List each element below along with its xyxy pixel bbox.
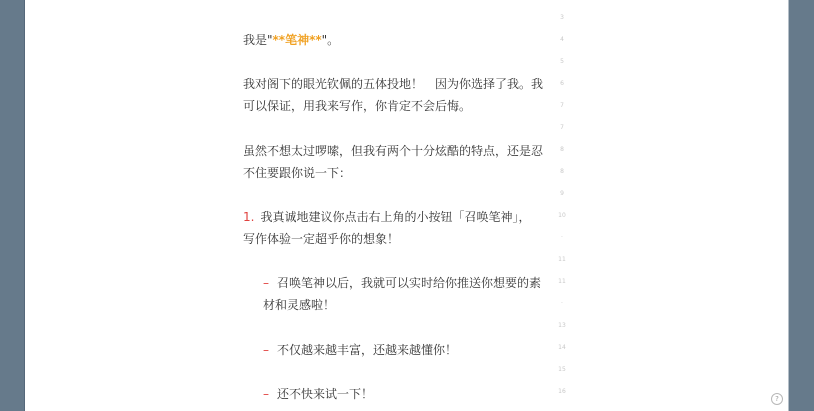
paragraph-line: 不住要跟你说一下： (243, 162, 351, 184)
line-number: 7 (551, 102, 573, 109)
line-number: 8 (551, 146, 573, 153)
line-number: 15 (551, 366, 573, 373)
dash-bullet-icon: – (263, 343, 269, 357)
line-number: · (551, 300, 573, 307)
list-number-marker: 1. (243, 210, 254, 224)
line-number: 8 (551, 168, 573, 175)
editor-area[interactable]: 我是"**笔神**"。 我对阁下的眼光钦佩的五体投地！ 因为你选择了我。我 可以… (25, 0, 788, 411)
list-item-text: 还不快来试一下！ (277, 387, 373, 401)
line-number: 16 (551, 388, 573, 395)
line-number-gutter: 3 4 5 6 7 7 8 8 9 10 · 11 11 · 13 14 15 … (551, 0, 573, 411)
left-sidebar (0, 0, 25, 411)
list-item-continuation: 材和灵感啦！ (263, 294, 335, 316)
line-number: 6 (551, 80, 573, 87)
intro-suffix: "。 (322, 33, 340, 47)
line-number: 5 (551, 58, 573, 65)
list-item-text: 我真诚地建议你点击右上角的小按钮「召唤笔神」， (260, 210, 530, 224)
paragraph-line: 可以保证，用我来写作，你肯定不会后悔。 (243, 95, 471, 117)
intro-prefix: 我是" (243, 33, 273, 47)
list-item-continuation: 写作体验一定超乎你的想象！ (243, 228, 399, 250)
line-number: 9 (551, 190, 573, 197)
bullet-list-item: –召唤笔神以后，我就可以实时给你推送你想要的素 (263, 272, 541, 294)
line-number: 3 (551, 14, 573, 21)
paragraph-line: 我对阁下的眼光钦佩的五体投地！ 因为你选择了我。我 (243, 73, 543, 95)
list-item-text: 召唤笔神以后，我就可以实时给你推送你想要的素 (277, 276, 541, 290)
right-sidebar (788, 0, 814, 411)
dash-bullet-icon: – (263, 387, 269, 401)
line-number: 11 (551, 278, 573, 285)
line-number: 14 (551, 344, 573, 351)
help-icon[interactable]: ? (771, 393, 783, 405)
line-number: 13 (551, 322, 573, 329)
brand-highlight: **笔神** (273, 33, 322, 47)
line-number: · (551, 234, 573, 241)
ordered-list-item: 1.我真诚地建议你点击右上角的小按钮「召唤笔神」， (243, 206, 530, 228)
bullet-list-item: –还不快来试一下！ (263, 383, 373, 405)
line-number: 4 (551, 36, 573, 43)
dash-bullet-icon: – (263, 276, 269, 290)
paragraph-line: 虽然不想太过啰嗦，但我有两个十分炫酷的特点，还是忍 (243, 140, 543, 162)
list-item-text: 不仅越来越丰富，还越来越懂你！ (277, 343, 457, 357)
line-number: 10 (551, 212, 573, 219)
bullet-list-item: –不仅越来越丰富，还越来越懂你！ (263, 339, 457, 361)
line-number: 7 (551, 124, 573, 131)
paragraph-intro: 我是"**笔神**"。 (243, 29, 339, 51)
line-number: 11 (551, 256, 573, 263)
